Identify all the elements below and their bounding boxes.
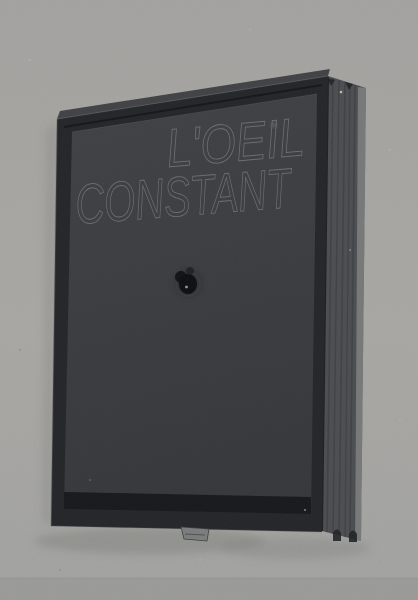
film-grain-overlay [0,0,418,600]
photograph-of-artwork: L'OEIL CONSTANT [0,0,418,600]
photo-canvas: L'OEIL CONSTANT [0,0,418,600]
